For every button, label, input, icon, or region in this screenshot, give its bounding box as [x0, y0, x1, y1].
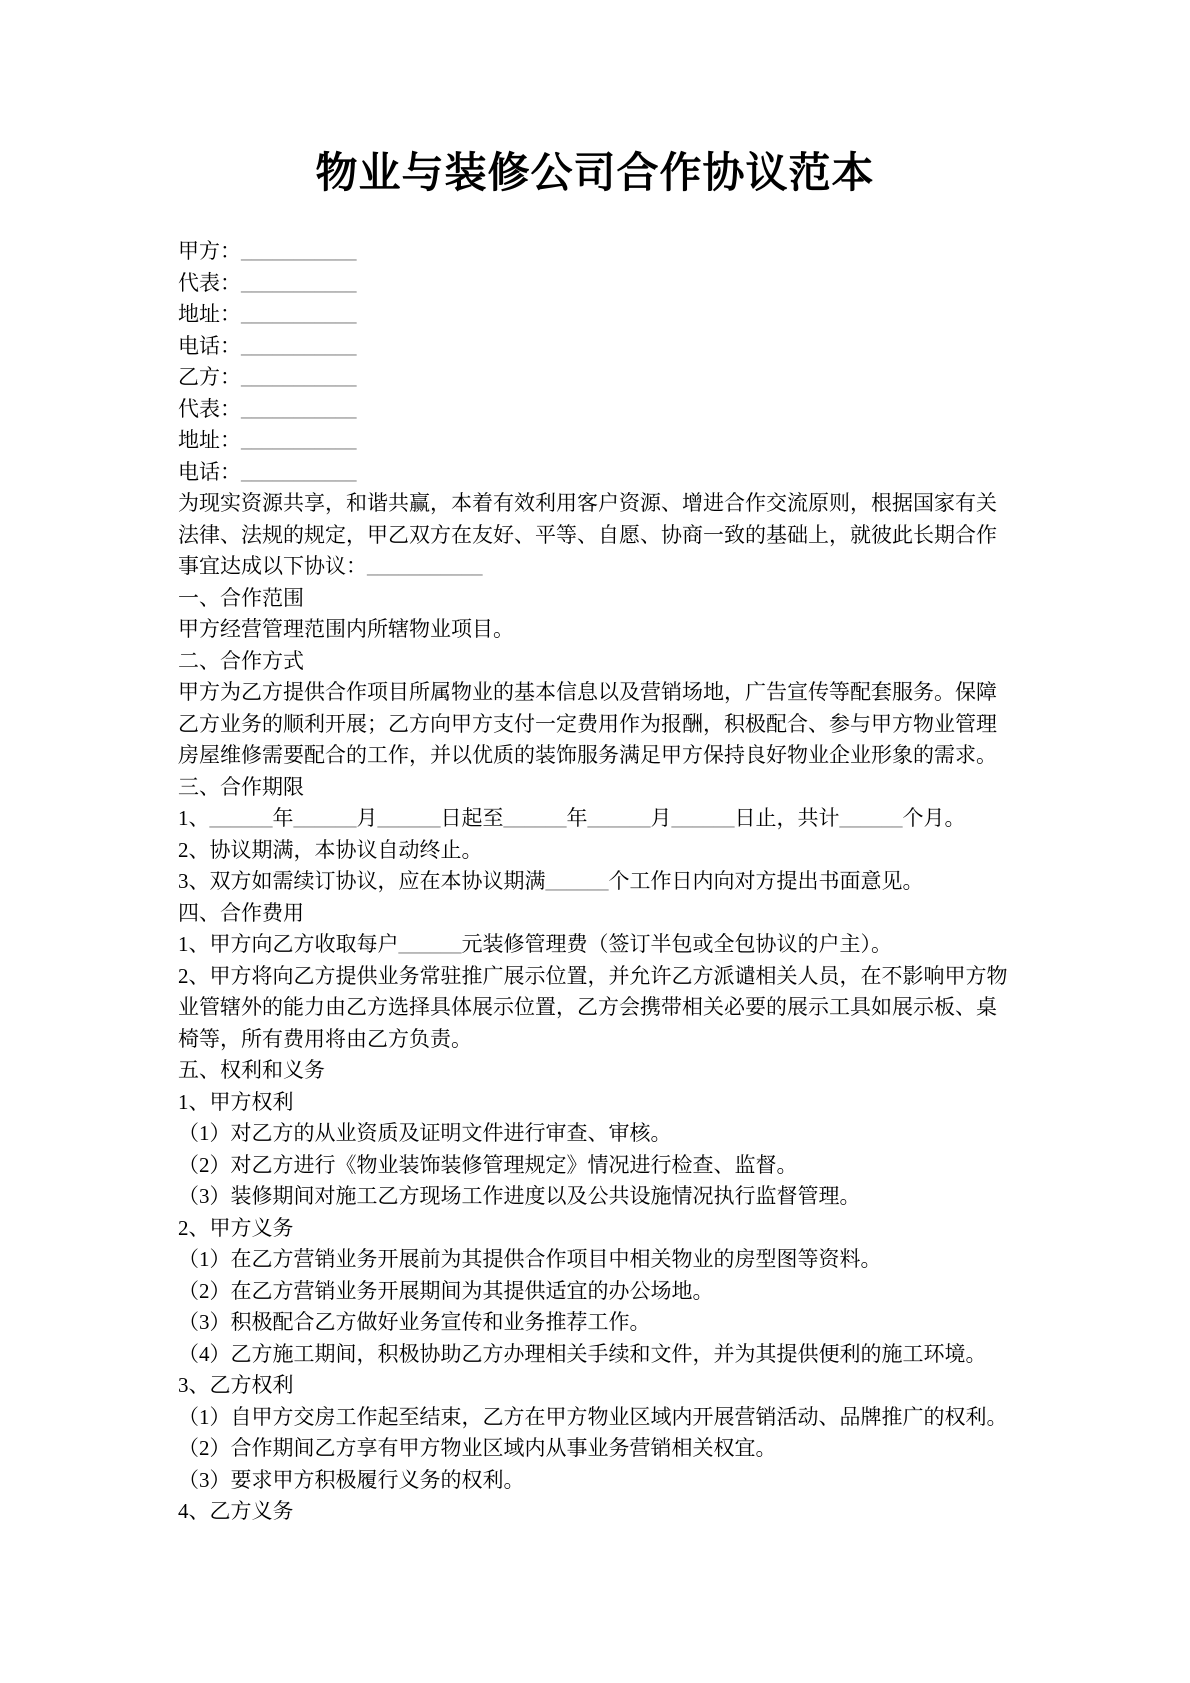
fill-in-blank: ______	[294, 806, 357, 830]
document-line: （2）在乙方营销业务开展期间为其提供适宜的办公场地。	[178, 1276, 1034, 1308]
document-line: 三、合作期限	[178, 772, 1034, 804]
document-line: 乙方业务的顺利开展；乙方向甲方支付一定费用作为报酬，积极配合、参与甲方物业管理	[178, 709, 1034, 741]
fill-in-blank: ___________	[241, 365, 357, 389]
document-line: 2、甲方义务	[178, 1213, 1034, 1245]
fill-in-blank: ______	[672, 806, 735, 830]
fill-in-blank: ______	[210, 806, 273, 830]
document-line: 地址：___________	[178, 299, 1034, 331]
fill-in-blank: ______	[546, 869, 609, 893]
document-title: 物业与装修公司合作协议范本	[0, 0, 1190, 200]
document-line: （3）要求甲方积极履行义务的权利。	[178, 1465, 1034, 1497]
fill-in-blank: ___________	[241, 428, 357, 452]
document-line: 法律、法规的规定，甲乙双方在友好、平等、自愿、协商一致的基础上，就彼此长期合作	[178, 520, 1034, 552]
document-line: 2、甲方将向乙方提供业务常驻推广展示位置，并允许乙方派谴相关人员，在不影响甲方物	[178, 961, 1034, 993]
document-line: 为现实资源共享，和谐共赢，本着有效利用客户资源、增进合作交流原则，根据国家有关	[178, 488, 1034, 520]
document-line: 业管辖外的能力由乙方选择具体展示位置，乙方会携带相关必要的展示工具如展示板、桌	[178, 992, 1034, 1024]
document-line: 代表：___________	[178, 394, 1034, 426]
document-line: 4、乙方义务	[178, 1496, 1034, 1528]
fill-in-blank: ___________	[241, 239, 357, 263]
document-line: 1、______年______月______日起至______年______月_…	[178, 803, 1034, 835]
fill-in-blank: ___________	[241, 397, 357, 421]
document-line: 电话：___________	[178, 457, 1034, 489]
document-line: 地址：___________	[178, 425, 1034, 457]
document-line: 1、甲方权利	[178, 1087, 1034, 1119]
document-line: 甲方：___________	[178, 236, 1034, 268]
fill-in-blank: ___________	[241, 302, 357, 326]
document-line: 甲方为乙方提供合作项目所属物业的基本信息以及营销场地，广告宣传等配套服务。保障	[178, 677, 1034, 709]
fill-in-blank: ___________	[367, 554, 483, 578]
document-line: （4）乙方施工期间，积极协助乙方办理相关手续和文件，并为其提供便利的施工环境。	[178, 1339, 1034, 1371]
document-line: 一、合作范围	[178, 583, 1034, 615]
document-line: 房屋维修需要配合的工作，并以优质的装饰服务满足甲方保持良好物业企业形象的需求。	[178, 740, 1034, 772]
document-line: （2）对乙方进行《物业装饰装修管理规定》情况进行检查、监督。	[178, 1150, 1034, 1182]
document-line: 五、权利和义务	[178, 1055, 1034, 1087]
document-line: （2）合作期间乙方享有甲方物业区域内从事业务营销相关权宜。	[178, 1433, 1034, 1465]
document-content: 甲方：___________代表：___________地址：_________…	[178, 236, 1034, 1528]
document-page: 物业与装修公司合作协议范本 甲方：___________代表：_________…	[0, 0, 1190, 1683]
document-line: （1）对乙方的从业资质及证明文件进行审查、审核。	[178, 1118, 1034, 1150]
document-line: 电话：___________	[178, 331, 1034, 363]
document-line: 乙方：___________	[178, 362, 1034, 394]
document-line: 椅等，所有费用将由乙方负责。	[178, 1024, 1034, 1056]
document-line: 2、协议期满，本协议自动终止。	[178, 835, 1034, 867]
document-line: （3）装修期间对施工乙方现场工作进度以及公共设施情况执行监督管理。	[178, 1181, 1034, 1213]
document-line: （1）在乙方营销业务开展前为其提供合作项目中相关物业的房型图等资料。	[178, 1244, 1034, 1276]
fill-in-blank: ______	[840, 806, 903, 830]
fill-in-blank: ______	[378, 806, 441, 830]
document-line: 二、合作方式	[178, 646, 1034, 678]
fill-in-blank: ______	[399, 932, 462, 956]
document-line: 代表：___________	[178, 268, 1034, 300]
document-line: （3）积极配合乙方做好业务宣传和业务推荐工作。	[178, 1307, 1034, 1339]
document-line: 1、甲方向乙方收取每户______元装修管理费（签订半包或全包协议的户主）。	[178, 929, 1034, 961]
document-line: 四、合作费用	[178, 898, 1034, 930]
fill-in-blank: ___________	[241, 271, 357, 295]
fill-in-blank: ______	[504, 806, 567, 830]
document-line: （1）自甲方交房工作起至结束，乙方在甲方物业区域内开展营销活动、品牌推广的权利。	[178, 1402, 1034, 1434]
document-line: 甲方经营管理范围内所辖物业项目。	[178, 614, 1034, 646]
document-line: 3、双方如需续订协议，应在本协议期满______个工作日内向对方提出书面意见。	[178, 866, 1034, 898]
fill-in-blank: ___________	[241, 334, 357, 358]
fill-in-blank: ______	[588, 806, 651, 830]
document-line: 事宜达成以下协议：___________	[178, 551, 1034, 583]
fill-in-blank: ___________	[241, 460, 357, 484]
document-line: 3、乙方权利	[178, 1370, 1034, 1402]
